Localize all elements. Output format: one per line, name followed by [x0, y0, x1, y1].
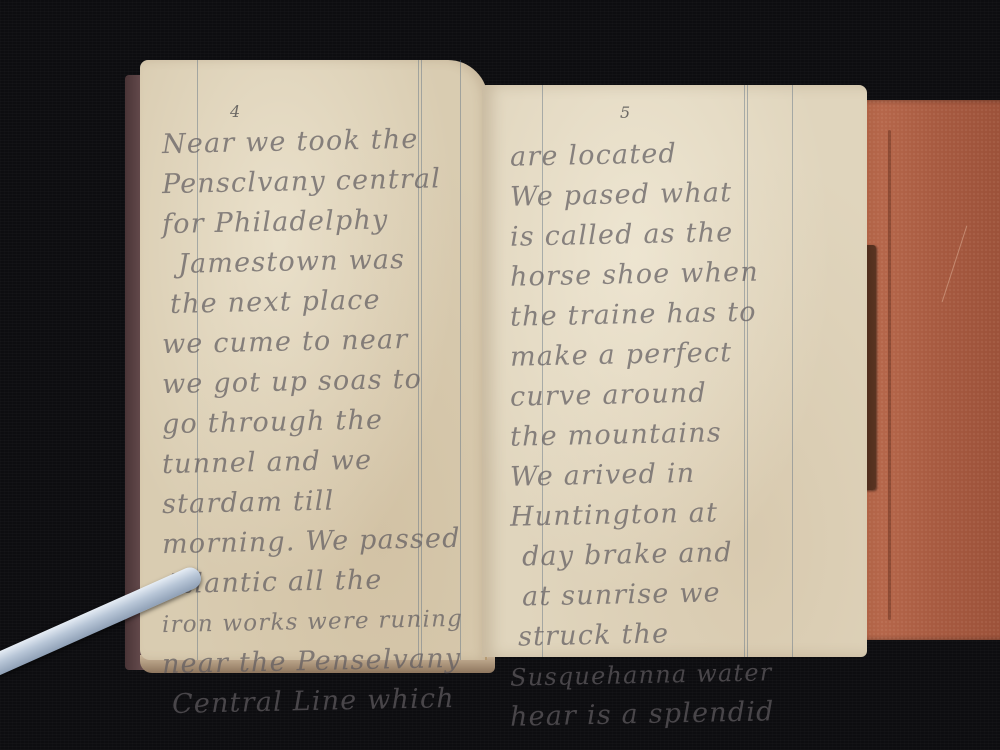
- handwritten-line: struck the: [510, 612, 775, 658]
- handwritten-line: near the Penselvany: [162, 639, 464, 685]
- handwritten-line: we cume to near: [162, 319, 464, 365]
- handwritten-line: are located: [510, 132, 775, 178]
- handwritten-line: the next place: [162, 279, 464, 325]
- handwritten-line: the traine has to: [510, 292, 775, 338]
- cover-scratch: [942, 226, 1000, 315]
- handwritten-line: morning. We passed: [162, 519, 464, 565]
- handwriting-block: Near we took the Pensclvany central for …: [162, 122, 463, 722]
- handwritten-line: horse shoe when: [510, 252, 775, 298]
- handwritten-line: iron works were runing: [162, 599, 464, 645]
- cover-crease: [888, 130, 891, 620]
- right-page: 5 are located We pased what is called as…: [482, 85, 867, 657]
- handwritten-line: make a perfect: [510, 332, 775, 378]
- photo-scene: 4 Near we took the Pensclvany central fo…: [0, 0, 1000, 750]
- page-number: 5: [620, 103, 630, 122]
- handwritten-line: for Philadelphy: [162, 199, 464, 245]
- handwritten-line: the mountains: [510, 412, 775, 458]
- handwritten-line: hear is a splendid: [510, 692, 775, 738]
- handwritten-line: at sunrise we: [510, 572, 775, 618]
- handwritten-line: Atlantic all the: [162, 559, 464, 605]
- handwritten-line: go through the: [162, 399, 464, 445]
- handwritten-line: is called as the: [510, 212, 775, 258]
- handwritten-line: Near we took the: [162, 119, 464, 165]
- handwritten-line: we got up soas to: [162, 359, 464, 405]
- handwritten-line: curve around: [510, 372, 775, 418]
- handwritten-line: We pased what: [510, 172, 775, 218]
- column-rule: [792, 85, 793, 657]
- handwritten-line: day brake and: [510, 532, 775, 578]
- handwritten-line: stardam till: [162, 479, 464, 525]
- page-number: 4: [230, 102, 240, 121]
- handwritten-line: tunnel and we: [162, 439, 464, 485]
- handwritten-line: Susquehanna water: [510, 652, 775, 698]
- handwritten-line: Jamestown was: [162, 239, 464, 285]
- handwriting-block: are located We pased what is called as t…: [510, 135, 775, 735]
- handwritten-line: Central Line which: [162, 679, 464, 725]
- handwritten-line: We arived in: [510, 452, 775, 498]
- handwritten-line: Pensclvany central: [162, 159, 464, 205]
- handwritten-line: Huntington at: [510, 492, 775, 538]
